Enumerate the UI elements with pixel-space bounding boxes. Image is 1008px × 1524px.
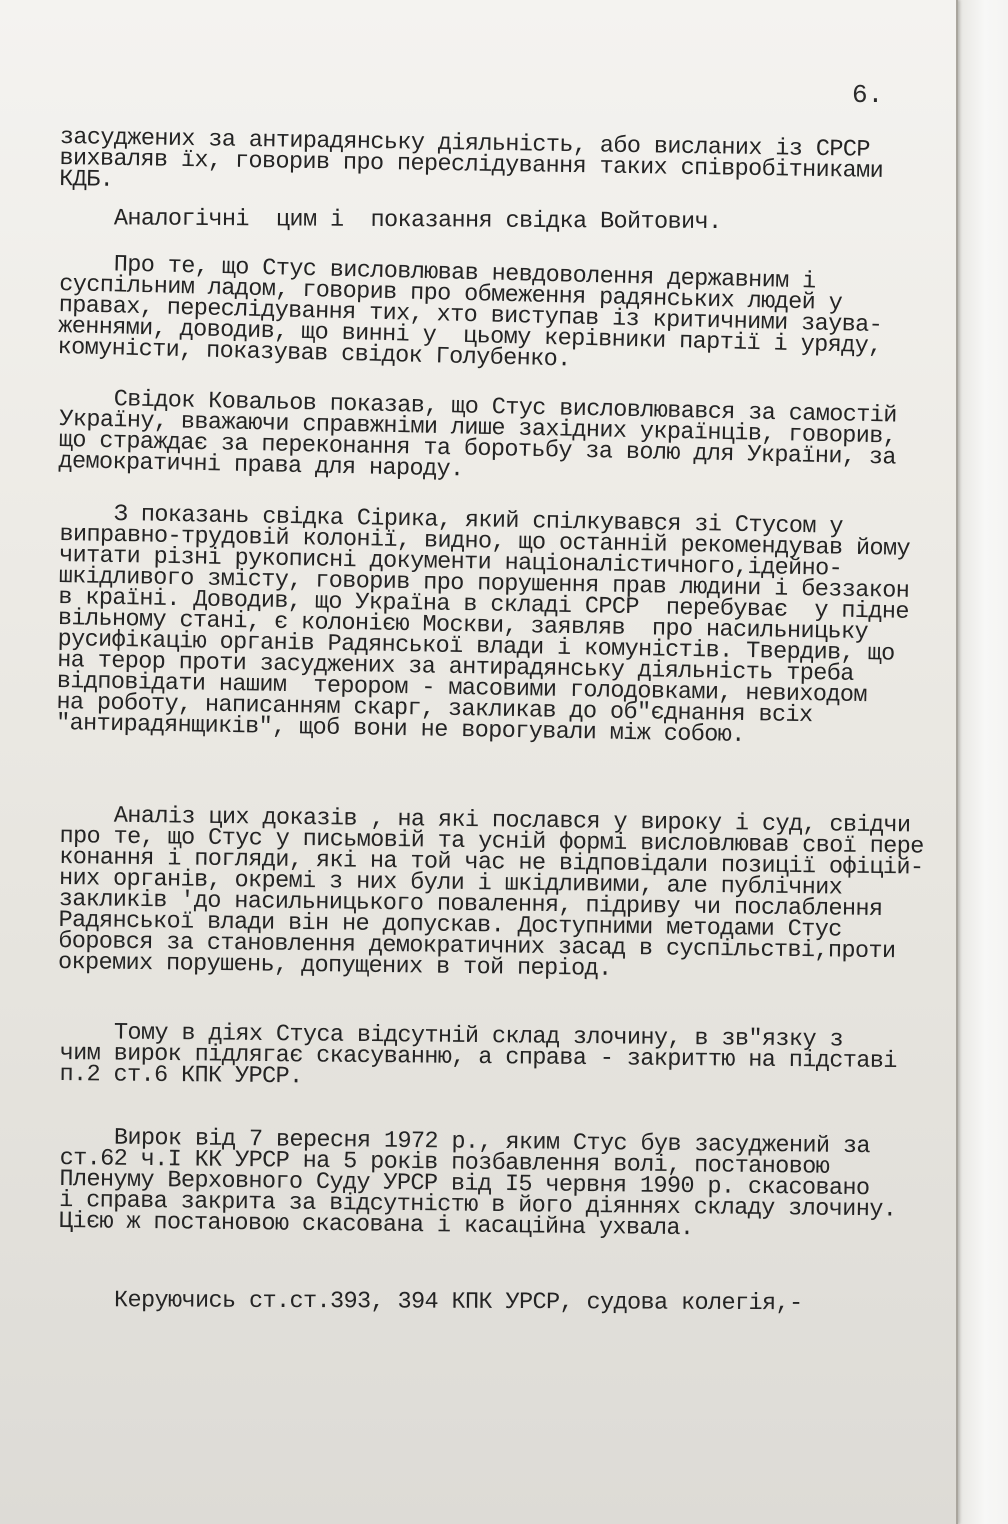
paragraph-p1: засуджених за антирадянську діяльність, …: [59, 127, 884, 203]
paragraph-p6: Аналіз цих доказів , на які послався у в…: [58, 805, 924, 984]
paragraph-p2: Аналогічні цим і показання свідка Войтов…: [60, 208, 722, 233]
paragraph-p7: Тому в діях Стуса відсутній склад злочин…: [59, 1022, 897, 1093]
paragraph-p3: Про те, що Стус висловлював невдоволення…: [57, 253, 883, 378]
paragraph-p5: З показань свідка Сірика, який спілкував…: [56, 503, 911, 749]
document-page: 6. засуджених за антирадянську діяльніст…: [0, 0, 958, 1524]
text-line: Аналогічні цим і показання свідка Войтов…: [60, 208, 722, 233]
paragraph-p8: Вирок від 7 вересня 1972 р., яким Стус б…: [59, 1127, 897, 1241]
text-line: Керуючись ст.ст.393, 394 КПК УРСР, судов…: [60, 1290, 803, 1314]
page-number: 6.: [852, 80, 883, 110]
background-surface: [955, 0, 1008, 1524]
paragraph-p9: Керуючись ст.ст.393, 394 КПК УРСР, судов…: [60, 1290, 803, 1314]
paragraph-p4: Свідок Ковальов показав, що Стус висловл…: [58, 388, 897, 490]
